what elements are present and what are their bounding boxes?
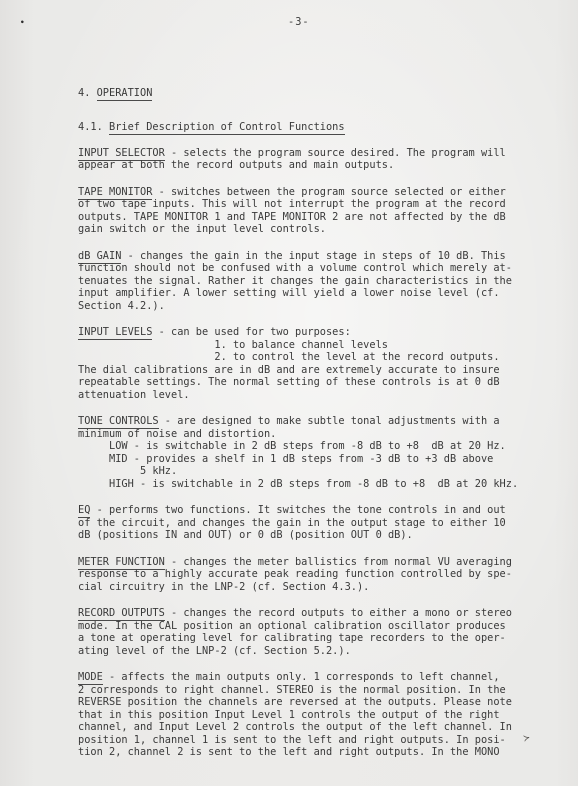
subsection-heading-number: 4.1. — [78, 121, 109, 133]
page-number: -3- — [78, 16, 558, 29]
section-heading-number: 4. — [78, 87, 97, 99]
paragraph-input-selector: INPUT SELECTOR - selects the program sou… — [78, 147, 558, 172]
section-heading-title: OPERATION — [97, 87, 153, 101]
subsection-heading-title: Brief Description of Control Functions — [109, 121, 345, 135]
paragraph-tape-monitor: TAPE MONITOR - switches between the prog… — [78, 186, 558, 236]
section-heading: 4. OPERATION — [78, 87, 558, 100]
paragraph-body: - performs two functions. It switches th… — [78, 504, 506, 541]
paragraph-body: - changes the gain in the input stage in… — [78, 250, 512, 312]
scan-speck: • — [17, 16, 26, 30]
paragraph-mode: MODE - affects the main outputs only. 1 … — [78, 671, 558, 759]
paragraph-db-gain: dB GAIN - changes the gain in the input … — [78, 250, 558, 313]
paragraph-eq: EQ - performs two functions. It switches… — [78, 504, 558, 542]
paragraph-body: - affects the main outputs only. 1 corre… — [78, 671, 512, 758]
paragraph-tone-controls: TONE CONTROLS - are designed to make sub… — [78, 415, 558, 490]
paragraph-record-outputs: RECORD OUTPUTS - changes the record outp… — [78, 607, 558, 657]
subsection-heading: 4.1. Brief Description of Control Functi… — [78, 121, 558, 134]
scanned-manual-page: • -3- 4. OPERATION 4.1. Brief Descriptio… — [0, 0, 578, 786]
paragraph-meter-function: METER FUNCTION - changes the meter balli… — [78, 556, 558, 594]
paragraph-input-levels: INPUT LEVELS - can be used for two purpo… — [78, 326, 558, 401]
